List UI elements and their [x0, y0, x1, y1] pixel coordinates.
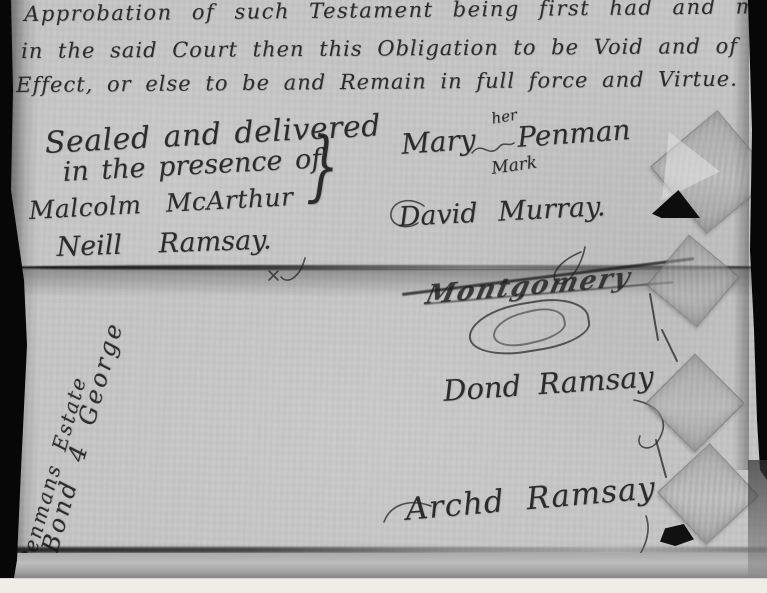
- her-mark-above-label: her: [490, 106, 518, 128]
- signature-archibald-ramsay: Archd Ramsay: [404, 470, 657, 528]
- signature-penman: Penman: [516, 113, 631, 154]
- flourish-small-x-below-fold: [269, 271, 278, 280]
- body-line-1: Approbation of such Testament being firs…: [24, 0, 767, 26]
- signature-david-murray: David Murray.: [398, 191, 606, 233]
- signature-donald-ramsay: Dond Ramsay: [442, 359, 655, 408]
- scan-corner-bottom-right: [748, 460, 767, 578]
- body-line-3: Effect, or else to be and Remain in full…: [16, 67, 738, 97]
- fold-crease-top: [10, 265, 767, 270]
- bottom-mat-strip: [0, 578, 767, 593]
- body-line-2: in the said Court then this Obligation t…: [21, 34, 767, 63]
- seal-crack-stroke-1: [650, 294, 658, 340]
- flourish-mary-mark: [472, 143, 514, 153]
- paper-seal-3: [646, 354, 745, 453]
- signature-mary: Mary: [400, 123, 477, 161]
- attestation-brace: }: [306, 120, 340, 212]
- document-scan: Approbation of such Testament being firs…: [0, 0, 767, 593]
- seal-crack-stroke-3: [656, 440, 666, 477]
- witness-signature-neill-ramsay: Neill Ramsay.: [56, 224, 272, 262]
- paper-bottom-edge-band: [0, 553, 767, 578]
- fold-crease-bottom: [10, 547, 767, 553]
- paper-seal-2: [647, 235, 740, 328]
- flourish-archd-tail: [628, 516, 648, 569]
- flourish-neill-descender: [281, 258, 305, 280]
- seal-crack-stroke-2: [662, 330, 677, 361]
- witness-signature-malcolm-mcarthur: Malcolm McArthur: [28, 182, 294, 225]
- her-mark-below-label: Mark: [490, 153, 538, 179]
- scan-border-right: [743, 0, 767, 480]
